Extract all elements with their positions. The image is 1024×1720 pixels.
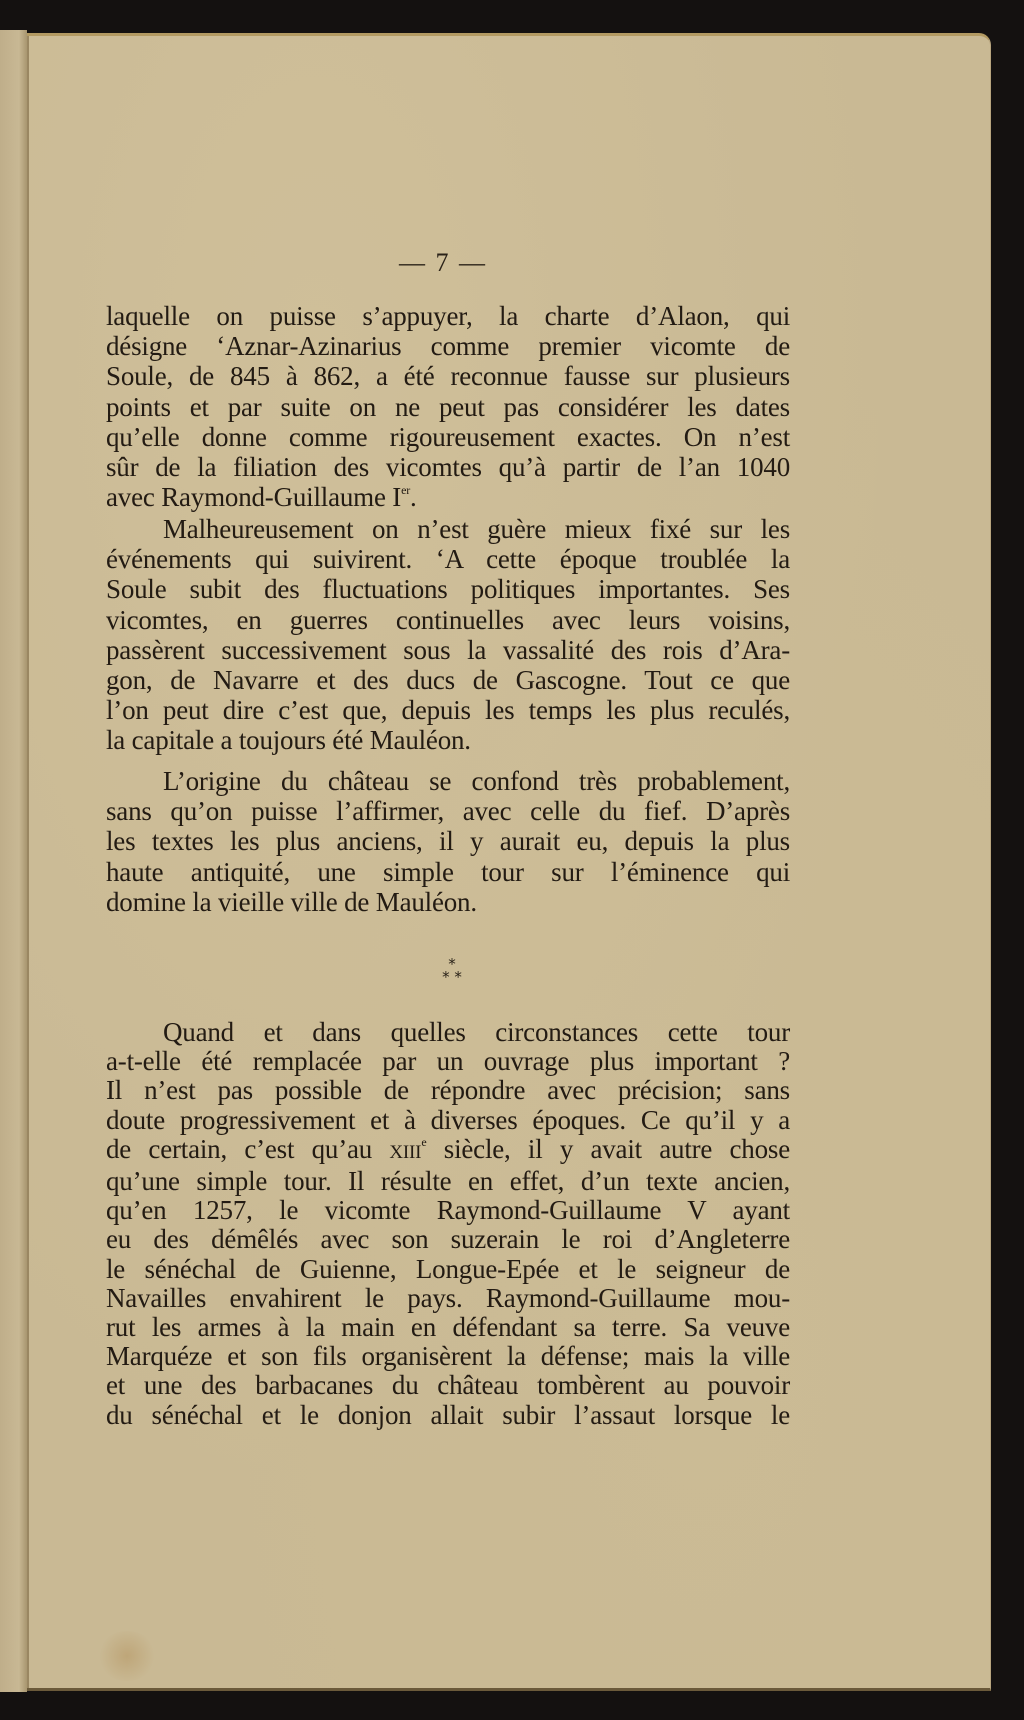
text-line: sûr de la filiation des vicomtes qu’à pa… (106, 452, 790, 482)
text-line: événements qui suivirent. ‘A cette époqu… (106, 544, 790, 574)
text-line: désigne ‘Aznar-Azinarius comme premier v… (106, 331, 790, 361)
text-line: du sénéchal et le donjon allait subir l’… (106, 1401, 790, 1430)
text-line: passèrent successivement sous la vassali… (106, 635, 790, 665)
text-line: vicomtes, en guerres continuelles avec l… (106, 605, 790, 635)
text-line: eu des démêlés avec son suzerain le roi … (106, 1225, 790, 1254)
text-line: haute antiquité, une simple tour sur l’é… (106, 857, 790, 887)
text-line: points et par suite on ne peut pas consi… (106, 392, 790, 422)
text-line: Malheureusement on n’est guère mieux fix… (106, 514, 790, 544)
paragraph-2: Malheureusement on n’est guère mieux fix… (106, 514, 790, 756)
text-line: qu’elle donne comme rigoureusement exact… (106, 422, 790, 452)
text-line: Marquéze et son fils organisèrent la déf… (106, 1342, 790, 1371)
book-scan: — 7 — laquelle on puisse s’appuyer, la c… (0, 0, 1024, 1720)
text-fragment: de certain, c’est qu’au (106, 1134, 389, 1164)
text-line: Quand et dans quelles circonstances cett… (106, 1018, 790, 1047)
text-line: qu’en 1257, le vicomte Raymond-Guillaume… (106, 1196, 790, 1225)
paragraph-3: L’origine du château se confond très pro… (106, 766, 790, 917)
paper-stain (97, 1631, 157, 1681)
section-break-asterism: * * * (432, 958, 472, 984)
text-line: doute progressivement et à diverses époq… (106, 1106, 790, 1135)
asterism-bottom: * * (432, 971, 472, 984)
text-fragment: . (410, 482, 417, 512)
century-numeral: XIII (389, 1142, 421, 1163)
text-line: domine la vieille ville de Mauléon. (106, 887, 790, 917)
text-line: gon, de Navarre et des ducs de Gascogne.… (106, 665, 790, 695)
text-line: avec Raymond-Guillaume Ier. (106, 482, 790, 512)
text-line: les textes les plus anciens, il y aurait… (106, 826, 790, 856)
text-line: le sénéchal de Guienne, Longue-Epée et l… (106, 1255, 790, 1284)
text-line: laquelle on puisse s’appuyer, la charte … (106, 301, 790, 331)
text-line: a-t-elle été remplacée par un ouvrage pl… (106, 1047, 790, 1076)
text-line: de certain, c’est qu’au XIIIe siècle, il… (106, 1135, 790, 1167)
text-fragment: siècle, il y avait autre chose (426, 1134, 790, 1164)
text-line: Soule subit des fluctuations politiques … (106, 574, 790, 604)
text-line: et une des barbacanes du château tombère… (106, 1371, 790, 1400)
paragraph-4: Quand et dans quelles circonstances cett… (106, 1018, 790, 1430)
page-number: — 7 — (383, 248, 503, 278)
text-line: l’on peut dire c’est que, depuis les tem… (106, 695, 790, 725)
text-line: Soule, de 845 à 862, a été reconnue faus… (106, 361, 790, 391)
text-line: la capitale a toujours été Mauléon. (106, 725, 790, 755)
text-line: Il n’est pas possible de répondre avec p… (106, 1076, 790, 1105)
paragraph-1: laquelle on puisse s’appuyer, la charte … (106, 301, 790, 512)
text-fragment: avec Raymond-Guillaume I (106, 482, 401, 512)
text-line: Navailles envahirent le pays. Raymond-Gu… (106, 1284, 790, 1313)
text-line: qu’une simple tour. Il résulte en effet,… (106, 1167, 790, 1196)
text-line: L’origine du château se confond très pro… (106, 766, 790, 796)
text-line: rut les armes à la main en défendant sa … (106, 1313, 790, 1342)
superscript: er (401, 483, 410, 497)
text-line: sans qu’on puisse l’affirmer, avec celle… (106, 796, 790, 826)
facing-page-edge (0, 30, 27, 1692)
